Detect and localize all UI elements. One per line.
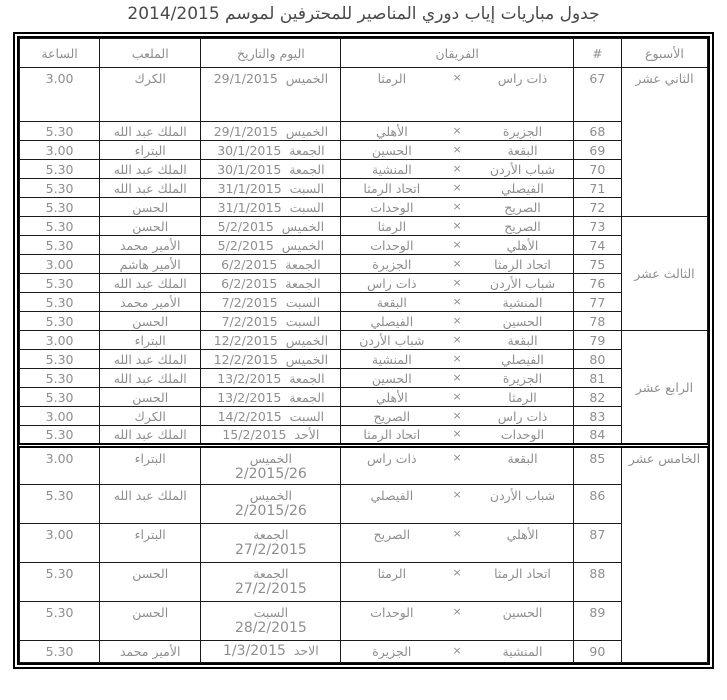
teams-cell: المنشية×الجزيرة: [341, 641, 573, 663]
home-team: الوحدات: [475, 427, 570, 442]
match-number: 72: [573, 198, 621, 217]
date-cell: السبت 7/2/2015: [201, 293, 341, 312]
time-cell: 3.00: [20, 141, 100, 160]
home-team: الرمثا: [475, 390, 570, 405]
time-cell: 5.30: [20, 179, 100, 198]
away-team: المنشية: [345, 352, 440, 367]
date-value: 13/2/2015: [217, 390, 281, 405]
teams-cell: شباب الأردن×الفيصلي: [341, 485, 573, 524]
versus-x-symbol: ×: [439, 200, 475, 213]
stadium-cell: الأمير محمد: [100, 236, 201, 255]
teams-cell: الحسين×الفيصلي: [341, 312, 573, 331]
versus-x-symbol: ×: [439, 162, 475, 175]
day-name: الجمعة: [289, 371, 324, 386]
date-cell: الخميس 29/1/2015: [201, 122, 341, 141]
away-team: الجزيرة: [345, 257, 440, 272]
away-team: شباب الأردن: [345, 333, 440, 348]
date-cell: السبت 31/1/2015: [201, 179, 341, 198]
date-cell: السبت 14/2/2015: [201, 407, 341, 426]
date-cell: الجمعة 6/2/2015: [201, 255, 341, 274]
versus-x-symbol: ×: [439, 371, 475, 384]
header-stadium: الملعب: [100, 39, 201, 68]
home-team: الفيصلي: [475, 181, 570, 196]
day-name: السبت: [286, 295, 320, 310]
date-value: 1/3/2015: [223, 643, 286, 659]
match-number: 79: [573, 331, 621, 350]
match-number: 76: [573, 274, 621, 293]
date-value: 6/2/2015: [221, 257, 277, 272]
date-cell: الخميس 29/1/2015: [201, 68, 341, 122]
day-name: الجمعة: [289, 143, 324, 158]
teams-cell: الحسين×الوحدات: [341, 602, 573, 641]
date-value: 6/2/2015: [221, 276, 277, 291]
date-cell: الخميس2/2015/26: [201, 485, 341, 524]
match-row: 88اتحاد الرمثا×الرمثاالجمعة27/2/2015الحس…: [20, 563, 708, 602]
stadium-cell: البتراء: [100, 446, 201, 485]
away-team: الحسين: [345, 143, 440, 158]
away-team: الوحدات: [345, 605, 440, 620]
versus-x-symbol: ×: [439, 527, 475, 540]
date-cell: الخميس 12/2/2015: [201, 350, 341, 369]
page-title: جدول مباريات إياب دوري المناصير للمحترفي…: [0, 4, 727, 24]
versus-x-symbol: ×: [439, 566, 475, 579]
away-team: الجزيرة: [345, 644, 440, 659]
date-value: 2/2015/26: [204, 466, 337, 483]
day-name: الخميس: [286, 71, 328, 86]
home-team: شباب الأردن: [475, 488, 570, 503]
time-cell: 5.30: [20, 388, 100, 407]
match-row: الرابع عشر79البقعة×شباب الأردنالخميس 12/…: [20, 331, 708, 350]
home-team: الحسين: [475, 605, 570, 620]
stadium-cell: الملك عبد الله: [100, 485, 201, 524]
match-number: 82: [573, 388, 621, 407]
match-number: 69: [573, 141, 621, 160]
match-row: 89الحسين×الوحداتالسبت28/2/2015الحسن5.30: [20, 602, 708, 641]
match-row: 90المنشية×الجزيرةالاحد 1/3/2015الأمير مح…: [20, 641, 708, 663]
versus-x-symbol: ×: [439, 219, 475, 232]
away-team: البقعة: [345, 295, 440, 310]
match-row: 84الوحدات×اتحاد الرمثاالأحد 15/2/2015الم…: [20, 426, 708, 446]
day-name: الجمعة: [204, 566, 337, 581]
match-row: 69البقعة×الحسينالجمعة 30/1/2015البتراء3.…: [20, 141, 708, 160]
teams-cell: الجزيرة×الأهلي: [341, 122, 573, 141]
teams-cell: الفيصلي×المنشية: [341, 350, 573, 369]
versus-x-symbol: ×: [439, 257, 475, 270]
date-value: 30/1/2015: [217, 162, 281, 177]
time-cell: 5.30: [20, 563, 100, 602]
day-name: الخميس: [286, 352, 328, 367]
date-cell: الجمعة 13/2/2015: [201, 369, 341, 388]
date-cell: الخميس 5/2/2015: [201, 217, 341, 236]
time-cell: 3.00: [20, 446, 100, 485]
versus-x-symbol: ×: [439, 143, 475, 156]
time-cell: 3.00: [20, 331, 100, 350]
home-team: اتحاد الرمثا: [475, 566, 570, 581]
match-number: 83: [573, 407, 621, 426]
date-cell: الاحد 1/3/2015: [201, 641, 341, 663]
header-time: الساعة: [20, 39, 100, 68]
date-cell: الخميس 5/2/2015: [201, 236, 341, 255]
home-team: شباب الأردن: [475, 162, 570, 177]
match-number: 71: [573, 179, 621, 198]
match-row: 72الصريح×الوحداتالسبت 31/1/2015الحسن5.30: [20, 198, 708, 217]
schedule-table-frame: الأسبوع # الفريقان اليوم والتاريخ الملعب…: [13, 32, 714, 669]
match-number: 89: [573, 602, 621, 641]
date-cell: الجمعة 30/1/2015: [201, 160, 341, 179]
home-team: البقعة: [475, 451, 570, 466]
date-value: 2/2015/26: [204, 503, 337, 520]
date-value: 7/2/2015: [222, 295, 278, 310]
match-row: 76شباب الأردن×ذات راسالجمعة 6/2/2015المل…: [20, 274, 708, 293]
header-teams: الفريقان: [341, 39, 573, 68]
time-cell: 5.30: [20, 426, 100, 446]
versus-x-symbol: ×: [439, 605, 475, 618]
date-cell: الجمعة27/2/2015: [201, 524, 341, 563]
schedule-table: الأسبوع # الفريقان اليوم والتاريخ الملعب…: [19, 38, 708, 663]
time-cell: 5.30: [20, 122, 100, 141]
versus-x-symbol: ×: [439, 295, 475, 308]
stadium-cell: الحسن: [100, 312, 201, 331]
match-row: 77المنشية×البقعةالسبت 7/2/2015الأمير محم…: [20, 293, 708, 312]
home-team: المنشية: [475, 644, 570, 659]
week-cell: الثالث عشر: [621, 217, 707, 331]
stadium-cell: البتراء: [100, 331, 201, 350]
stadium-cell: الأمير هاشم: [100, 255, 201, 274]
versus-x-symbol: ×: [439, 71, 475, 84]
date-value: 5/2/2015: [218, 238, 274, 253]
header-row: الأسبوع # الفريقان اليوم والتاريخ الملعب…: [20, 39, 708, 68]
day-name: السبت: [204, 605, 337, 620]
away-team: الصريح: [345, 409, 440, 424]
date-value: 14/2/2015: [218, 409, 282, 424]
header-date: اليوم والتاريخ: [201, 39, 341, 68]
schedule-body: الثاني عشر67ذات راس×الرمثاالخميس 29/1/20…: [20, 68, 708, 663]
date-cell: الخميس2/2015/26: [201, 446, 341, 485]
date-cell: السبت 31/1/2015: [201, 198, 341, 217]
match-row: الخامس عشر85البقعة×ذات راسالخميس2/2015/2…: [20, 446, 708, 485]
stadium-cell: الكرك: [100, 68, 201, 122]
time-cell: 3.00: [20, 524, 100, 563]
date-cell: الخميس 12/2/2015: [201, 331, 341, 350]
stadium-cell: الحسن: [100, 388, 201, 407]
home-team: المنشية: [475, 295, 570, 310]
home-team: ذات راس: [475, 71, 570, 86]
stadium-cell: البتراء: [100, 141, 201, 160]
teams-cell: البقعة×شباب الأردن: [341, 331, 573, 350]
stadium-cell: الأمير محمد: [100, 293, 201, 312]
time-cell: 5.30: [20, 274, 100, 293]
home-team: الصريح: [475, 200, 570, 215]
home-team: اتحاد الرمثا: [475, 257, 570, 272]
away-team: الأهلي: [345, 390, 440, 405]
match-row: 71الفيصلي×اتحاد الرمثاالسبت 31/1/2015الم…: [20, 179, 708, 198]
stadium-cell: الملك عبد الله: [100, 274, 201, 293]
match-number: 75: [573, 255, 621, 274]
match-row: 82الرمثا×الأهليالجمعة 13/2/2015الحسن5.30: [20, 388, 708, 407]
date-value: 29/1/2015: [214, 71, 278, 86]
date-cell: السبت28/2/2015: [201, 602, 341, 641]
versus-x-symbol: ×: [439, 181, 475, 194]
stadium-cell: الحسن: [100, 217, 201, 236]
away-team: الوحدات: [345, 200, 440, 215]
stadium-cell: الملك عبد الله: [100, 369, 201, 388]
stadium-cell: الملك عبد الله: [100, 426, 201, 446]
match-row: 68الجزيرة×الأهليالخميس 29/1/2015الملك عب…: [20, 122, 708, 141]
day-name: الجمعة: [285, 257, 320, 272]
versus-x-symbol: ×: [439, 238, 475, 251]
stadium-cell: الحسن: [100, 198, 201, 217]
home-team: الحسين: [475, 314, 570, 329]
stadium-cell: الملك عبد الله: [100, 160, 201, 179]
teams-cell: اتحاد الرمثا×الجزيرة: [341, 255, 573, 274]
day-name: الاحد: [294, 643, 319, 658]
versus-x-symbol: ×: [439, 451, 475, 464]
home-team: البقعة: [475, 333, 570, 348]
date-value: 27/2/2015: [204, 542, 337, 559]
time-cell: 3.00: [20, 407, 100, 426]
teams-cell: الصريح×الوحدات: [341, 198, 573, 217]
match-row: 83ذات راس×الصريحالسبت 14/2/2015الكرك3.00: [20, 407, 708, 426]
match-number: 73: [573, 217, 621, 236]
match-number: 74: [573, 236, 621, 255]
versus-x-symbol: ×: [439, 644, 475, 657]
teams-cell: البقعة×ذات راس: [341, 446, 573, 485]
header-week: الأسبوع: [621, 39, 707, 68]
away-team: اتحاد الرمثا: [345, 427, 440, 442]
match-row: 70شباب الأردن×المنشيةالجمعة 30/1/2015الم…: [20, 160, 708, 179]
match-number: 90: [573, 641, 621, 663]
teams-cell: ذات راس×الصريح: [341, 407, 573, 426]
date-value: 27/2/2015: [204, 581, 337, 598]
home-team: الجزيرة: [475, 124, 570, 139]
day-name: الخميس: [204, 451, 337, 466]
date-value: 15/2/2015: [222, 427, 286, 442]
home-team: الفيصلي: [475, 352, 570, 367]
date-value: 28/2/2015: [204, 620, 337, 637]
teams-cell: الرمثا×الأهلي: [341, 388, 573, 407]
match-row: الثاني عشر67ذات راس×الرمثاالخميس 29/1/20…: [20, 68, 708, 122]
teams-cell: البقعة×الحسين: [341, 141, 573, 160]
date-cell: الجمعة27/2/2015: [201, 563, 341, 602]
teams-cell: الجزيرة×الحسين: [341, 369, 573, 388]
match-number: 85: [573, 446, 621, 485]
header-number: #: [573, 39, 621, 68]
date-value: 13/2/2015: [217, 371, 281, 386]
match-row: 78الحسين×الفيصليالسبت 7/2/2015الحسن5.30: [20, 312, 708, 331]
match-number: 80: [573, 350, 621, 369]
match-number: 84: [573, 426, 621, 446]
teams-cell: المنشية×البقعة: [341, 293, 573, 312]
match-number: 87: [573, 524, 621, 563]
time-cell: 5.30: [20, 350, 100, 369]
week-cell: الثاني عشر: [621, 68, 707, 217]
away-team: الرمثا: [345, 71, 440, 86]
match-number: 78: [573, 312, 621, 331]
stadium-cell: البتراء: [100, 524, 201, 563]
teams-cell: شباب الأردن×ذات راس: [341, 274, 573, 293]
match-number: 77: [573, 293, 621, 312]
teams-cell: اتحاد الرمثا×الرمثا: [341, 563, 573, 602]
day-name: الجمعة: [285, 276, 320, 291]
away-team: المنشية: [345, 162, 440, 177]
match-row: 87الأهلي×الصريحالجمعة27/2/2015البتراء3.0…: [20, 524, 708, 563]
week-cell: الرابع عشر: [621, 331, 707, 446]
date-value: 5/2/2015: [218, 219, 274, 234]
versus-x-symbol: ×: [439, 314, 475, 327]
away-team: الصريح: [345, 527, 440, 542]
date-value: 29/1/2015: [214, 124, 278, 139]
match-number: 68: [573, 122, 621, 141]
teams-cell: شباب الأردن×المنشية: [341, 160, 573, 179]
match-row: 75اتحاد الرمثا×الجزيرةالجمعة 6/2/2015الأ…: [20, 255, 708, 274]
time-cell: 5.30: [20, 641, 100, 663]
day-name: الجمعة: [289, 162, 324, 177]
match-row: 80الفيصلي×المنشيةالخميس 12/2/2015الملك ع…: [20, 350, 708, 369]
stadium-cell: الحسن: [100, 563, 201, 602]
versus-x-symbol: ×: [439, 409, 475, 422]
match-number: 70: [573, 160, 621, 179]
stadium-cell: الكرك: [100, 407, 201, 426]
day-name: السبت: [290, 200, 324, 215]
versus-x-symbol: ×: [439, 276, 475, 289]
match-row: 81الجزيرة×الحسينالجمعة 13/2/2015الملك عب…: [20, 369, 708, 388]
day-name: الجمعة: [204, 527, 337, 542]
time-cell: 5.30: [20, 312, 100, 331]
week-cell: الخامس عشر: [621, 446, 707, 663]
home-team: البقعة: [475, 143, 570, 158]
date-cell: الجمعة 6/2/2015: [201, 274, 341, 293]
stadium-cell: الملك عبد الله: [100, 179, 201, 198]
away-team: الفيصلي: [345, 314, 440, 329]
versus-x-symbol: ×: [439, 390, 475, 403]
away-team: الأهلي: [345, 124, 440, 139]
day-name: السبت: [290, 181, 324, 196]
match-number: 81: [573, 369, 621, 388]
day-name: الخميس: [286, 333, 328, 348]
match-row: 86شباب الأردن×الفيصليالخميس2/2015/26المل…: [20, 485, 708, 524]
time-cell: 5.30: [20, 160, 100, 179]
day-name: الجمعة: [289, 390, 324, 405]
home-team: الأهلي: [475, 527, 570, 542]
match-row: الثالث عشر73الصريح×الرمثاالخميس 5/2/2015…: [20, 217, 708, 236]
stadium-cell: الملك عبد الله: [100, 122, 201, 141]
time-cell: 3.00: [20, 68, 100, 122]
day-name: السبت: [290, 409, 324, 424]
time-cell: 5.30: [20, 293, 100, 312]
versus-x-symbol: ×: [439, 352, 475, 365]
date-value: 12/2/2015: [214, 352, 278, 367]
away-team: ذات راس: [345, 451, 440, 466]
away-team: الرمثا: [345, 219, 440, 234]
day-name: السبت: [286, 314, 320, 329]
date-cell: الجمعة 30/1/2015: [201, 141, 341, 160]
day-name: الأحد: [294, 427, 319, 442]
day-name: الخميس: [282, 219, 324, 234]
away-team: الحسين: [345, 371, 440, 386]
teams-cell: الفيصلي×اتحاد الرمثا: [341, 179, 573, 198]
teams-cell: الأهلي×الوحدات: [341, 236, 573, 255]
home-team: الجزيرة: [475, 371, 570, 386]
time-cell: 5.30: [20, 485, 100, 524]
away-team: اتحاد الرمثا: [345, 181, 440, 196]
match-number: 86: [573, 485, 621, 524]
day-name: الخميس: [204, 488, 337, 503]
date-value: 31/1/2015: [218, 200, 282, 215]
teams-cell: الصريح×الرمثا: [341, 217, 573, 236]
date-value: 31/1/2015: [218, 181, 282, 196]
time-cell: 5.30: [20, 602, 100, 641]
versus-x-symbol: ×: [439, 488, 475, 501]
time-cell: 5.30: [20, 369, 100, 388]
home-team: الأهلي: [475, 238, 570, 253]
date-value: 12/2/2015: [214, 333, 278, 348]
date-value: 30/1/2015: [217, 143, 281, 158]
stadium-cell: الملك عبد الله: [100, 350, 201, 369]
match-number: 88: [573, 563, 621, 602]
versus-x-symbol: ×: [439, 124, 475, 137]
date-cell: الجمعة 13/2/2015: [201, 388, 341, 407]
home-team: شباب الأردن: [475, 276, 570, 291]
match-number: 67: [573, 68, 621, 122]
document-page: جدول مباريات إياب دوري المناصير للمحترفي…: [0, 4, 727, 700]
match-row: 74الأهلي×الوحداتالخميس 5/2/2015الأمير مح…: [20, 236, 708, 255]
versus-x-symbol: ×: [439, 427, 475, 440]
away-team: ذات راس: [345, 276, 440, 291]
home-team: ذات راس: [475, 409, 570, 424]
away-team: الفيصلي: [345, 488, 440, 503]
versus-x-symbol: ×: [439, 333, 475, 346]
home-team: الصريح: [475, 219, 570, 234]
away-team: الوحدات: [345, 238, 440, 253]
time-cell: 3.00: [20, 255, 100, 274]
day-name: الخميس: [286, 124, 328, 139]
time-cell: 5.30: [20, 236, 100, 255]
time-cell: 5.30: [20, 198, 100, 217]
date-cell: السبت 7/2/2015: [201, 312, 341, 331]
stadium-cell: الحسن: [100, 602, 201, 641]
teams-cell: الأهلي×الصريح: [341, 524, 573, 563]
time-cell: 5.30: [20, 217, 100, 236]
day-name: الخميس: [282, 238, 324, 253]
date-cell: الأحد 15/2/2015: [201, 426, 341, 446]
date-value: 7/2/2015: [222, 314, 278, 329]
stadium-cell: الأمير محمد: [100, 641, 201, 663]
teams-cell: الوحدات×اتحاد الرمثا: [341, 426, 573, 446]
teams-cell: ذات راس×الرمثا: [341, 68, 573, 122]
away-team: الرمثا: [345, 566, 440, 581]
